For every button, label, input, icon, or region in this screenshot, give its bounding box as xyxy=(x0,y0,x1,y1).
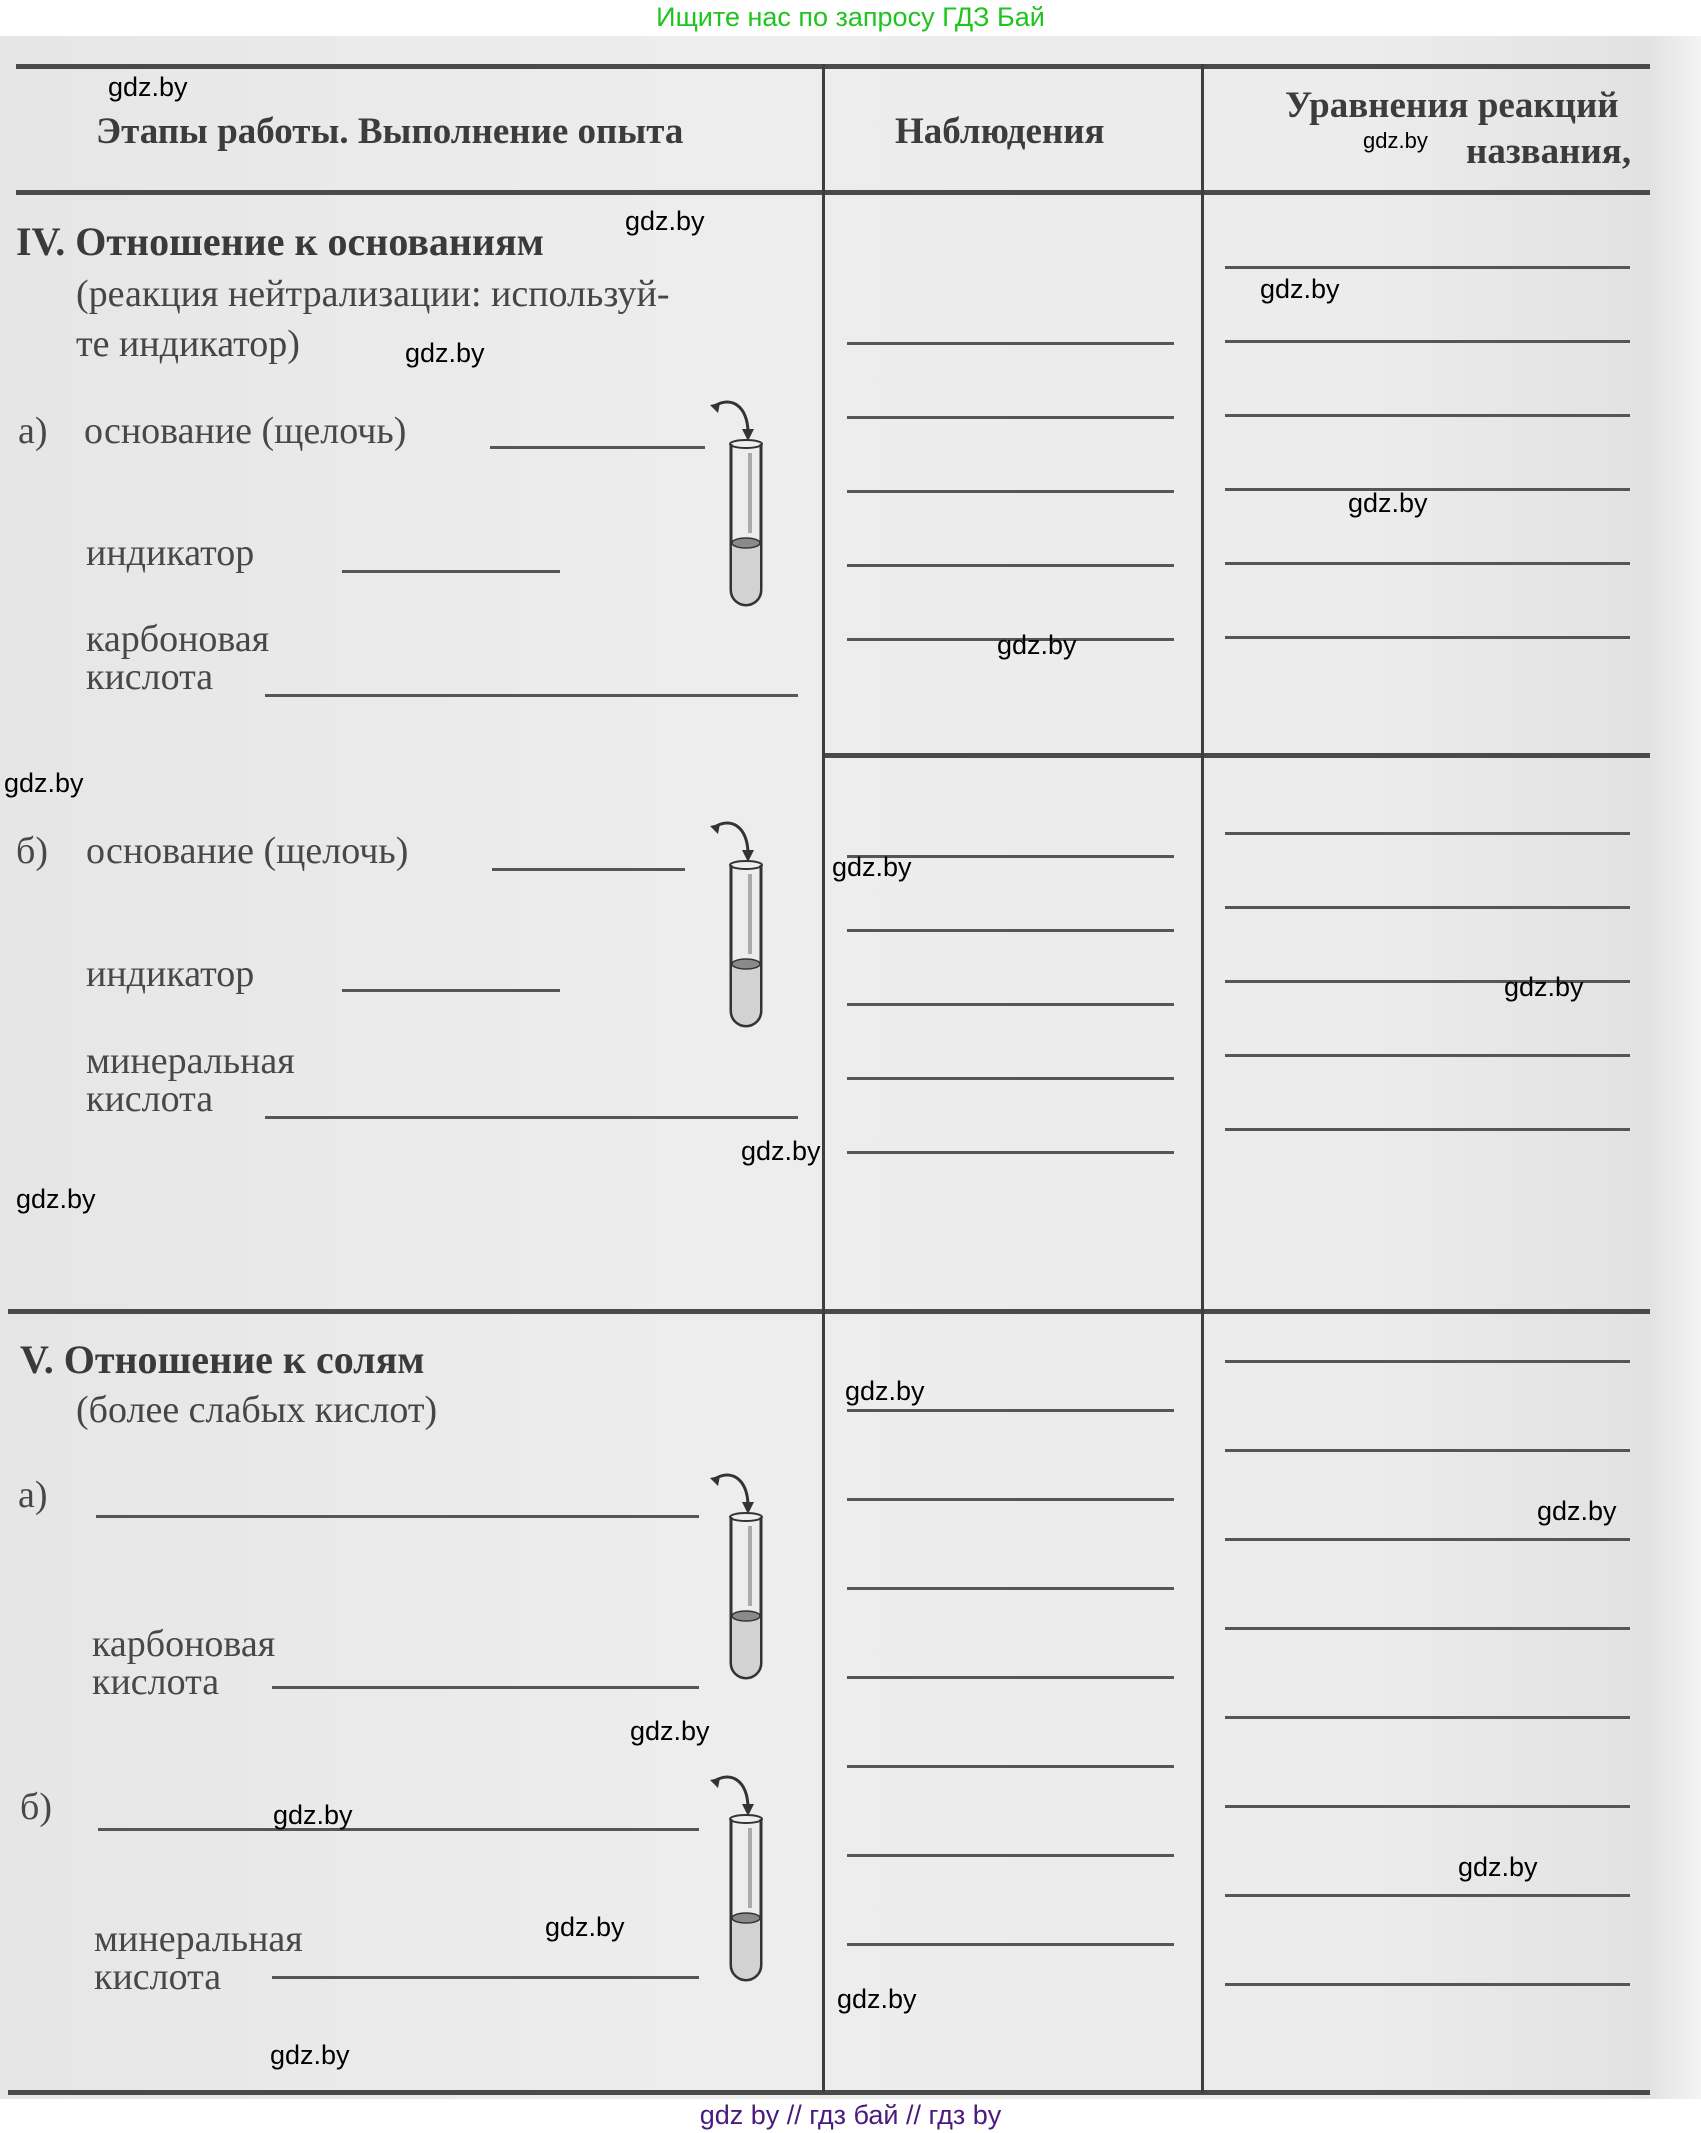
test-tube-icon xyxy=(700,816,780,1036)
equation-line[interactable] xyxy=(1225,266,1630,269)
equation-line[interactable] xyxy=(1225,1894,1630,1897)
equation-line[interactable] xyxy=(1225,1805,1630,1808)
iv-a-acid-label-1: карбоновая xyxy=(86,620,269,658)
watermark: gdz.by xyxy=(273,1800,353,1831)
table-bottom-rule xyxy=(8,2090,1650,2095)
equation-line[interactable] xyxy=(1225,1449,1630,1452)
equation-line[interactable] xyxy=(1225,562,1630,565)
equation-line[interactable] xyxy=(1225,1128,1630,1131)
watermark: gdz.by xyxy=(1537,1496,1617,1527)
watermark: gdz.by xyxy=(741,1136,821,1167)
watermark: gdz.by xyxy=(16,1184,96,1215)
v-a-substance-input[interactable] xyxy=(96,1515,699,1518)
section-v-subtitle: (более слабых кислот) xyxy=(76,1388,437,1432)
watermark: gdz.by xyxy=(545,1912,625,1943)
footer-text: gdz by // гдз бай // гдз by xyxy=(700,2100,1002,2130)
v-a-letter: а) xyxy=(18,1476,48,1514)
iv-a-acid-label-2: кислота xyxy=(86,658,213,696)
observation-line[interactable] xyxy=(847,490,1174,493)
observation-line[interactable] xyxy=(847,1854,1174,1857)
watermark: gdz.by xyxy=(845,1376,925,1407)
equation-line[interactable] xyxy=(1225,414,1630,417)
v-b-letter: б) xyxy=(20,1788,52,1826)
iv-a-indicator-label: индикатор xyxy=(86,534,254,572)
watermark: gdz.by xyxy=(1260,274,1340,305)
equation-line[interactable] xyxy=(1225,1538,1630,1541)
watermark: gdz.by xyxy=(405,338,485,369)
iv-b-letter: б) xyxy=(16,832,48,870)
header-equations-2: названия, xyxy=(1466,130,1631,173)
watermark: gdz.by xyxy=(1458,1852,1538,1883)
test-tube-icon xyxy=(700,395,780,615)
table-top-rule xyxy=(16,64,1650,69)
equation-line[interactable] xyxy=(1225,906,1630,909)
section-iv-divider xyxy=(823,753,1650,758)
observation-line[interactable] xyxy=(847,1077,1174,1080)
section-iv-title: IV. Отношение к основаниям xyxy=(16,218,544,265)
section-iv-subtitle-2: те индикатор) xyxy=(76,322,300,366)
search-banner: Ищите нас по запросу ГДЗ Бай xyxy=(0,0,1701,36)
watermark: gdz.by xyxy=(1348,488,1428,519)
v-b-substance-input[interactable] xyxy=(98,1828,699,1831)
watermark: gdz.by xyxy=(1363,128,1428,154)
watermark: gdz.by xyxy=(625,206,705,237)
equation-line[interactable] xyxy=(1225,1983,1630,1986)
test-tube-icon xyxy=(700,1770,780,1990)
equation-line[interactable] xyxy=(1225,340,1630,343)
observation-line[interactable] xyxy=(847,564,1174,567)
equation-line[interactable] xyxy=(1225,1627,1630,1630)
watermark: gdz.by xyxy=(108,72,188,103)
observation-line[interactable] xyxy=(847,1587,1174,1590)
iv-b-acid-label-1: минеральная xyxy=(86,1042,295,1080)
watermark: gdz.by xyxy=(270,2040,350,2071)
observation-line[interactable] xyxy=(847,1498,1174,1501)
header-equations-1: Уравнения реакций xyxy=(1285,84,1619,127)
iv-a-base-label: основание (щелочь) xyxy=(84,412,406,450)
watermark: gdz.by xyxy=(832,852,912,883)
iv-b-acid-label-2: кислота xyxy=(86,1080,213,1118)
iv-a-indicator-input[interactable] xyxy=(342,570,560,573)
column-divider-2 xyxy=(1201,64,1204,2093)
iv-b-indicator-label: индикатор xyxy=(86,955,254,993)
observation-line[interactable] xyxy=(847,1676,1174,1679)
equation-line[interactable] xyxy=(1225,1054,1630,1057)
watermark: gdz.by xyxy=(837,1984,917,2015)
watermark: gdz.by xyxy=(4,768,84,799)
equation-line[interactable] xyxy=(1225,832,1630,835)
watermark: gdz.by xyxy=(997,630,1077,661)
section-v-divider xyxy=(8,1309,1650,1314)
watermark: gdz.by xyxy=(1504,972,1584,1003)
column-divider-1 xyxy=(822,64,825,2093)
observation-line[interactable] xyxy=(847,1003,1174,1006)
iv-a-base-input[interactable] xyxy=(490,446,705,449)
observation-line[interactable] xyxy=(847,416,1174,419)
header-bottom-rule xyxy=(16,190,1650,195)
observation-line[interactable] xyxy=(847,1765,1174,1768)
section-v-title: V. Отношение к солям xyxy=(20,1336,425,1383)
iv-b-indicator-input[interactable] xyxy=(342,989,560,992)
v-a-acid-label-1: карбоновая xyxy=(92,1625,275,1663)
iv-a-acid-input[interactable] xyxy=(265,694,798,697)
observation-line[interactable] xyxy=(847,1409,1174,1412)
equation-line[interactable] xyxy=(1225,1360,1630,1363)
header-stages: Этапы работы. Выполнение опыта xyxy=(96,110,683,153)
observation-line[interactable] xyxy=(847,342,1174,345)
observation-line[interactable] xyxy=(847,1943,1174,1946)
v-b-acid-input[interactable] xyxy=(272,1976,699,1979)
banner-text: Ищите нас по запросу ГДЗ Бай xyxy=(656,2,1045,32)
observation-line[interactable] xyxy=(847,1151,1174,1154)
iv-a-letter: а) xyxy=(18,412,48,450)
equation-line[interactable] xyxy=(1225,636,1630,639)
iv-b-acid-input[interactable] xyxy=(265,1116,798,1119)
v-b-acid-label-2: кислота xyxy=(94,1958,221,1996)
watermark: gdz.by xyxy=(630,1716,710,1747)
test-tube-icon xyxy=(700,1468,780,1688)
v-a-acid-label-2: кислота xyxy=(92,1663,219,1701)
header-observations: Наблюдения xyxy=(895,110,1105,153)
v-b-acid-label-1: минеральная xyxy=(94,1920,303,1958)
equation-line[interactable] xyxy=(1225,1716,1630,1719)
section-iv-subtitle-1: (реакция нейтрализации: используй- xyxy=(76,272,670,316)
iv-b-base-label: основание (щелочь) xyxy=(86,832,408,870)
iv-b-base-input[interactable] xyxy=(492,868,685,871)
footer-banner: gdz by // гдз бай // гдз by xyxy=(0,2099,1701,2133)
v-a-acid-input[interactable] xyxy=(272,1686,699,1689)
observation-line[interactable] xyxy=(847,929,1174,932)
